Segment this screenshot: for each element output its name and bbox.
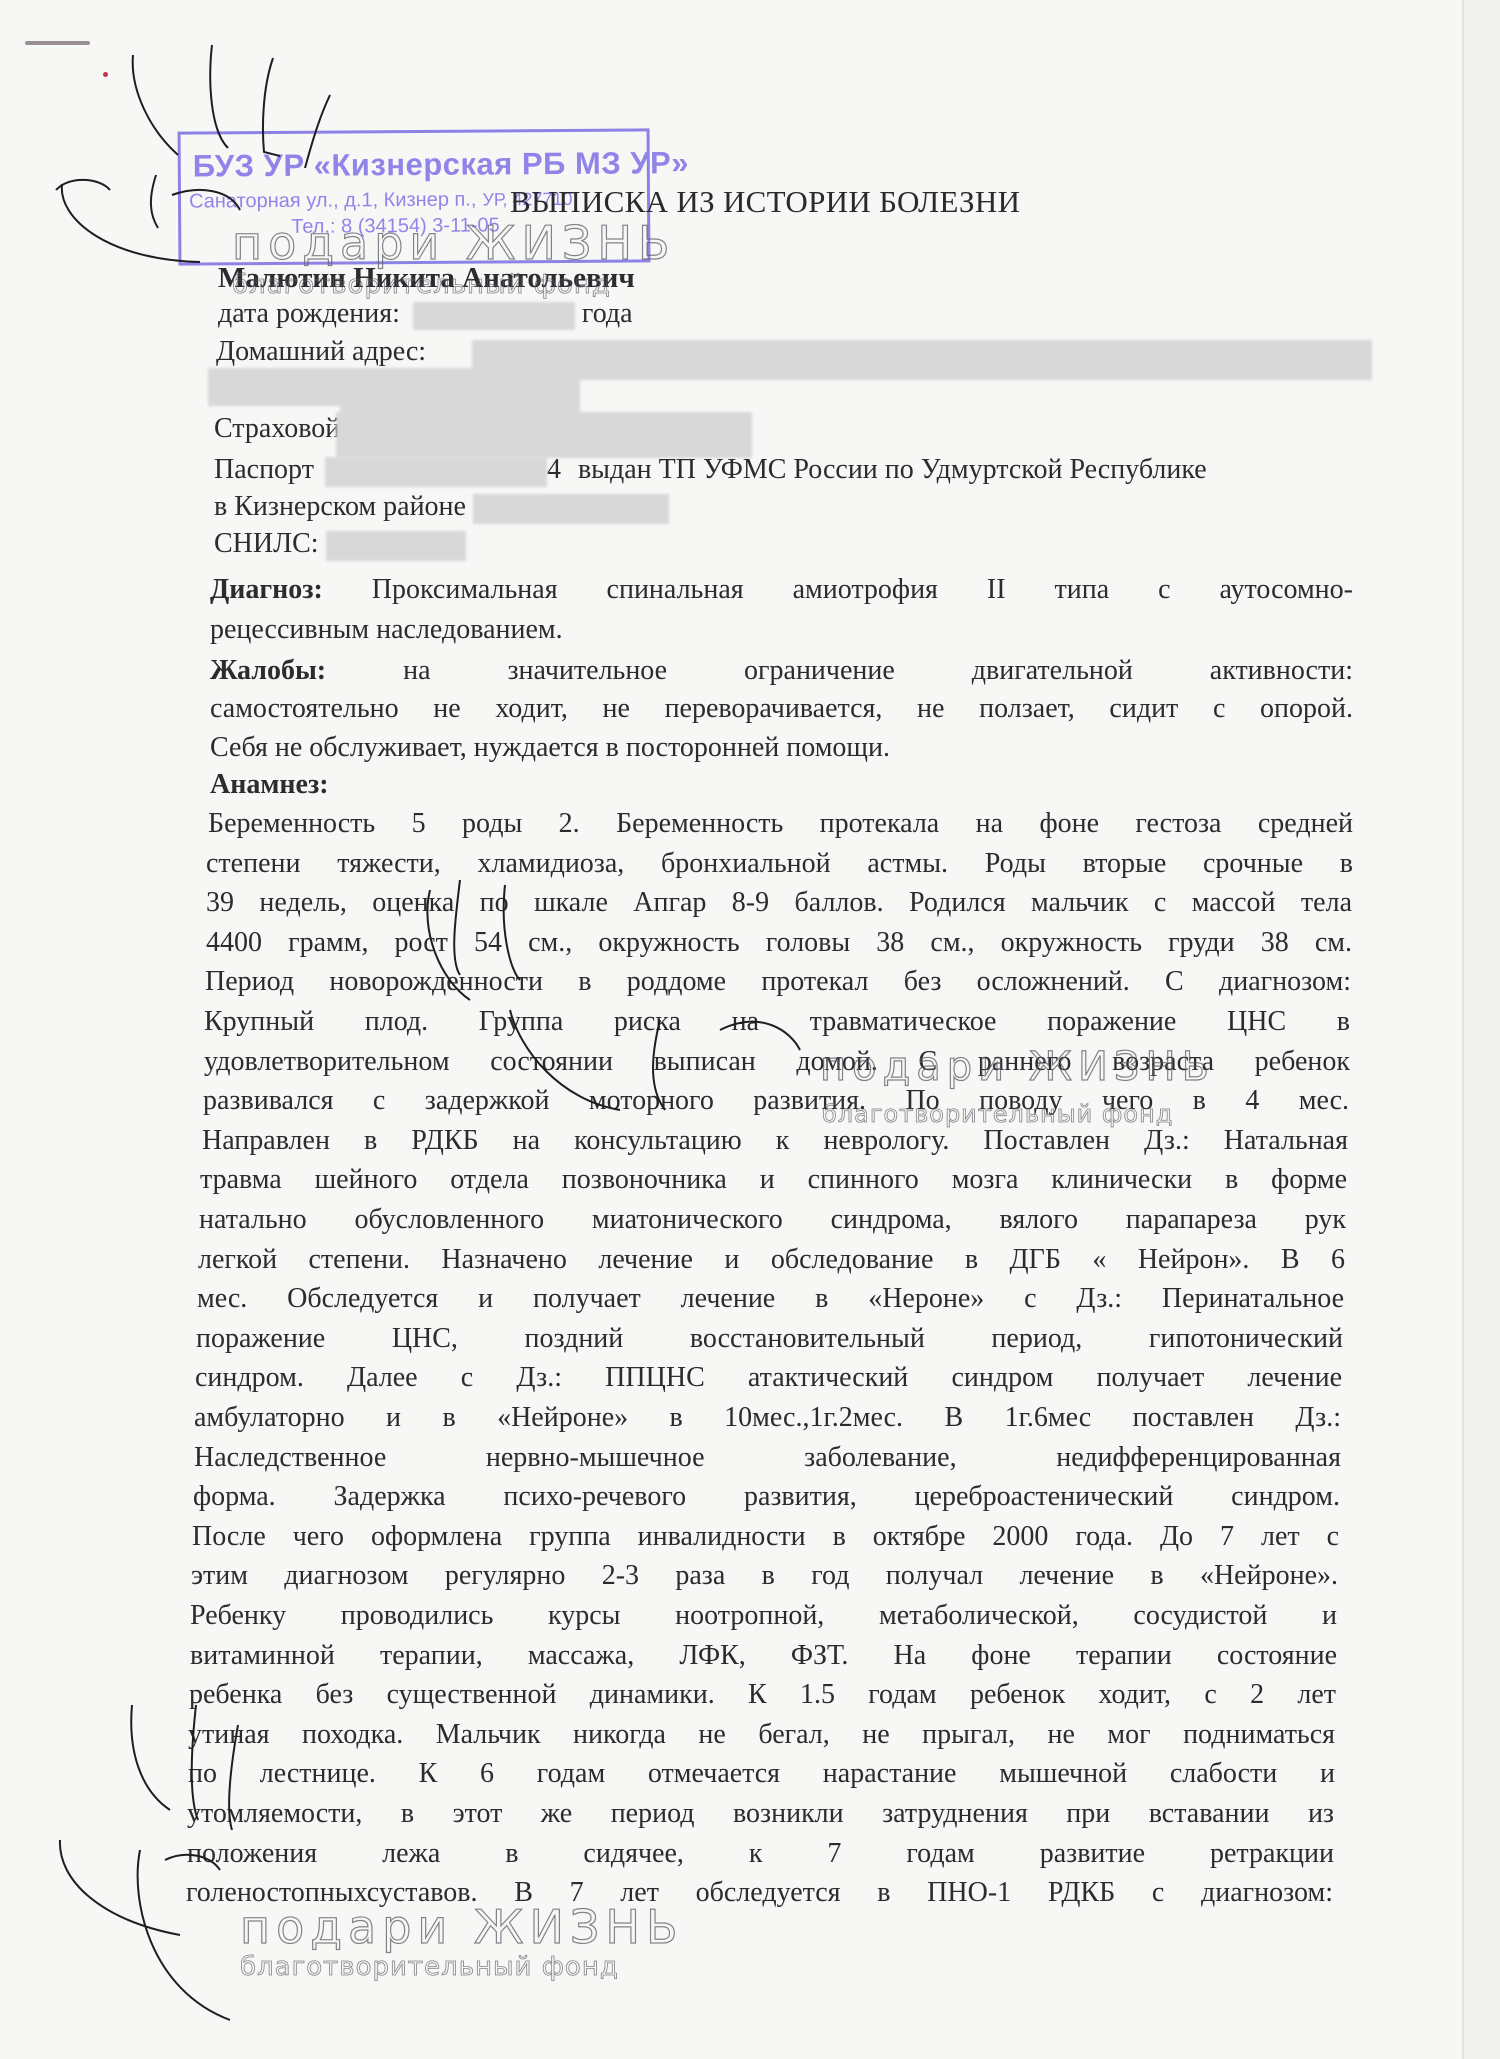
anamnesis-line-text: мес. Обследуется и получает лечение в «Н… xyxy=(197,1283,1344,1315)
anamnesis-line-text: утомляемости, в этот же период возникли … xyxy=(187,1798,1334,1830)
snils-row: СНИЛС: xyxy=(214,528,466,561)
document-page: БУЗ УР «Кизнерская РБ МЗ УР» Санаторная … xyxy=(0,0,1462,2059)
watermark-subtitle-middle: благотворительный фонд xyxy=(822,1100,1173,1128)
birth-date-label: дата рождения: xyxy=(218,298,400,329)
anamnesis-line-text: положения лежа в сидячее, к 7 годам разв… xyxy=(187,1838,1334,1870)
address-label: Домашний адрес: xyxy=(216,336,426,367)
anamnesis-line-text: поражение ЦНС, поздний восстановительный… xyxy=(196,1323,1343,1355)
anamnesis-line-text: синдром. Далее с Дз.: ППЦНС атактический… xyxy=(195,1362,1342,1394)
complaints-text-3: Себя не обслуживает, нуждается в посторо… xyxy=(210,732,890,764)
watermark-brand-top: подари ЖИЗНЬ xyxy=(232,216,676,270)
anamnesis-line-text: Направлен в РДКБ на консультацию к невро… xyxy=(202,1125,1348,1157)
anamnesis-line-text: утиная походка. Мальчик никогда не бегал… xyxy=(188,1719,1335,1751)
birth-date-row: дата рождения: года xyxy=(218,298,633,330)
diagnosis-text-2: рецессивным наследованием. xyxy=(210,614,563,646)
pen-mark xyxy=(25,41,90,45)
redacted-insurance xyxy=(336,412,752,458)
passport-label: Паспорт xyxy=(214,454,314,485)
anamnesis-line-text: 4400 грамм, рост 54 см., окружность голо… xyxy=(206,927,1352,959)
anamnesis-label: Анамнез: xyxy=(210,769,329,801)
anamnesis-line-text: легкой степени. Назначено лечение и обсл… xyxy=(198,1244,1345,1276)
anamnesis-line-text: Период новорожденности в роддоме протека… xyxy=(205,966,1351,998)
diagnosis-label: Диагноз: xyxy=(210,574,323,605)
anamnesis-line-text: степени тяжести, хламидиоза, бронхиально… xyxy=(206,848,1353,880)
scanner-page-edge xyxy=(1462,0,1500,2059)
complaints-label: Жалобы: xyxy=(210,655,326,686)
watermark-subtitle-bottom: благотворительный фонд xyxy=(240,1952,619,1982)
watermark-brand-bottom: подари ЖИЗНЬ xyxy=(240,1900,684,1954)
diagnosis-line-1: Диагноз: Проксимальная спинальная амиотр… xyxy=(210,574,1353,608)
anamnesis-line-text: Наследственное нервно-мышечное заболеван… xyxy=(194,1442,1341,1474)
anamnesis-line-text: по лестнице. К 6 годам отмечается нараст… xyxy=(188,1758,1335,1790)
complaints-text-1: на значительное ограничение двигательной… xyxy=(403,655,1353,686)
anamnesis-line-text: Беременность 5 роды 2. Беременность прот… xyxy=(208,808,1353,840)
redacted-passport-date xyxy=(473,494,669,524)
birth-date-suffix: года xyxy=(582,298,633,329)
anamnesis-line-text: форма. Задержка психо-речевого развития,… xyxy=(193,1481,1340,1513)
anamnesis-line-text: 39 недель, оценка по шкале Апгар 8-9 бал… xyxy=(206,887,1352,919)
anamnesis-line-text: этим диагнозом регулярно 2-3 раза в год … xyxy=(191,1560,1338,1592)
ink-dot xyxy=(103,72,108,77)
redacted-birth-date xyxy=(413,302,575,330)
anamnesis-line-text: амбулаторно и в «Нейроне» в 10мес.,1г.2м… xyxy=(194,1402,1341,1434)
anamnesis-line-text: травма шейного отдела позвоночника и спи… xyxy=(200,1164,1347,1196)
passport-row: Паспорт 4 выдан ТП УФМС России по Удмурт… xyxy=(214,454,1207,487)
watermark-brand-middle: подари ЖИЗНЬ xyxy=(820,1044,1215,1090)
passport-issued-row2: в Кизнерском районе xyxy=(214,491,669,524)
redacted-passport-number xyxy=(325,457,547,487)
document-title: ВЫПИСКА ИЗ ИСТОРИИ БОЛЕЗНИ xyxy=(510,184,1020,220)
anamnesis-line-text: Крупный плод. Группа риска на травматиче… xyxy=(204,1006,1350,1038)
address-row: Домашний адрес: xyxy=(216,336,426,368)
anamnesis-line-text: ребенка без существенной динамики. К 1.5… xyxy=(189,1679,1336,1711)
anamnesis-line-text: натально обусловленного миатонического с… xyxy=(199,1204,1346,1236)
stamp-institution-name: БУЗ УР «Кизнерская РБ МЗ УР» xyxy=(193,145,690,184)
complaints-line-1: Жалобы: на значительное ограничение двиг… xyxy=(210,655,1353,689)
redacted-snils xyxy=(326,531,466,561)
redacted-address-line1 xyxy=(472,340,1372,380)
passport-issued-district: в Кизнерском районе xyxy=(214,491,466,522)
anamnesis-line-text: витаминной терапии, массажа, ЛФК, ФЗТ. Н… xyxy=(190,1640,1337,1672)
watermark-subtitle-top: благотворительный фонд xyxy=(232,270,611,300)
anamnesis-line-text: Ребенку проводились курсы ноотропной, ме… xyxy=(190,1600,1337,1632)
passport-tail-digit: 4 xyxy=(547,454,561,485)
diagnosis-text-1: Проксимальная спинальная амиотрофия II т… xyxy=(372,574,1353,605)
anamnesis-line-text: После чего оформлена группа инвалидности… xyxy=(192,1521,1339,1553)
snils-label: СНИЛС: xyxy=(214,528,319,559)
stamp-address-text: Санаторная ул., д.1, Кизнер п., xyxy=(189,189,477,213)
passport-issued-by: выдан ТП УФМС России по Удмуртской Респу… xyxy=(578,454,1207,485)
